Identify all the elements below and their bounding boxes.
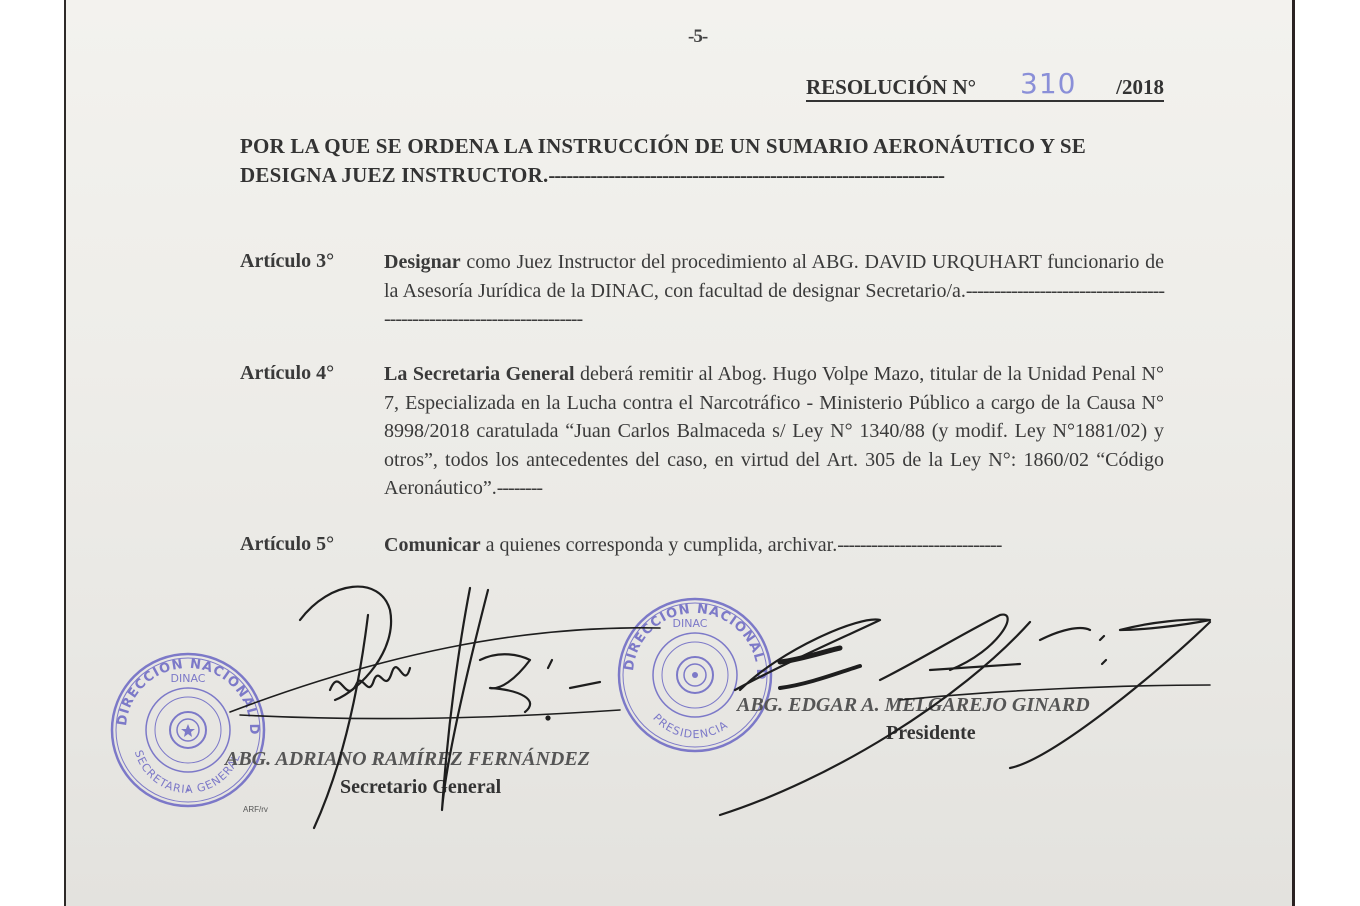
article-5-dashes: -----------------------------	[837, 534, 1001, 556]
resolution-number-handwritten: 310	[1020, 67, 1076, 100]
resolution-year: /2018	[1116, 75, 1164, 100]
article-3-body: Designar como Juez Instructor del proced…	[384, 248, 1164, 334]
article-5-body: Comunicar a quienes corresponda y cumpli…	[384, 531, 1164, 560]
document-title: POR LA QUE SE ORDENA LA INSTRUCCIÓN DE U…	[240, 132, 1170, 190]
typist-initials: ARF/rv	[243, 805, 268, 814]
article-5-lead: Comunicar	[384, 534, 481, 556]
page-number: -5-	[688, 26, 707, 48]
resolution-heading: RESOLUCIÓN N° 310 /2018	[806, 72, 1164, 102]
signatory-2-name: ABG. EDGAR A. MELGAREJO GINARD	[737, 694, 1090, 717]
article-4-lead: La Secretaria General	[384, 363, 575, 385]
article-3-label: Artículo 3°	[240, 250, 334, 273]
article-4-body: La Secretaria General deberá remitir al …	[384, 360, 1164, 503]
title-dashes: ----------------------------------------…	[548, 163, 944, 187]
signatory-1-role: Secretario General	[340, 776, 501, 799]
resolution-label: RESOLUCIÓN N°	[806, 75, 976, 100]
signatory-1-name: ABG. ADRIANO RAMÍREZ FERNÁNDEZ	[225, 748, 590, 771]
article-4-label: Artículo 4°	[240, 362, 334, 385]
article-5-label: Artículo 5°	[240, 533, 334, 556]
article-4-dashes: --------	[497, 477, 542, 499]
signatory-2-role: Presidente	[886, 722, 976, 745]
article-3-lead: Designar	[384, 251, 461, 273]
article-5-text: a quienes corresponda y cumplida, archiv…	[481, 534, 838, 556]
